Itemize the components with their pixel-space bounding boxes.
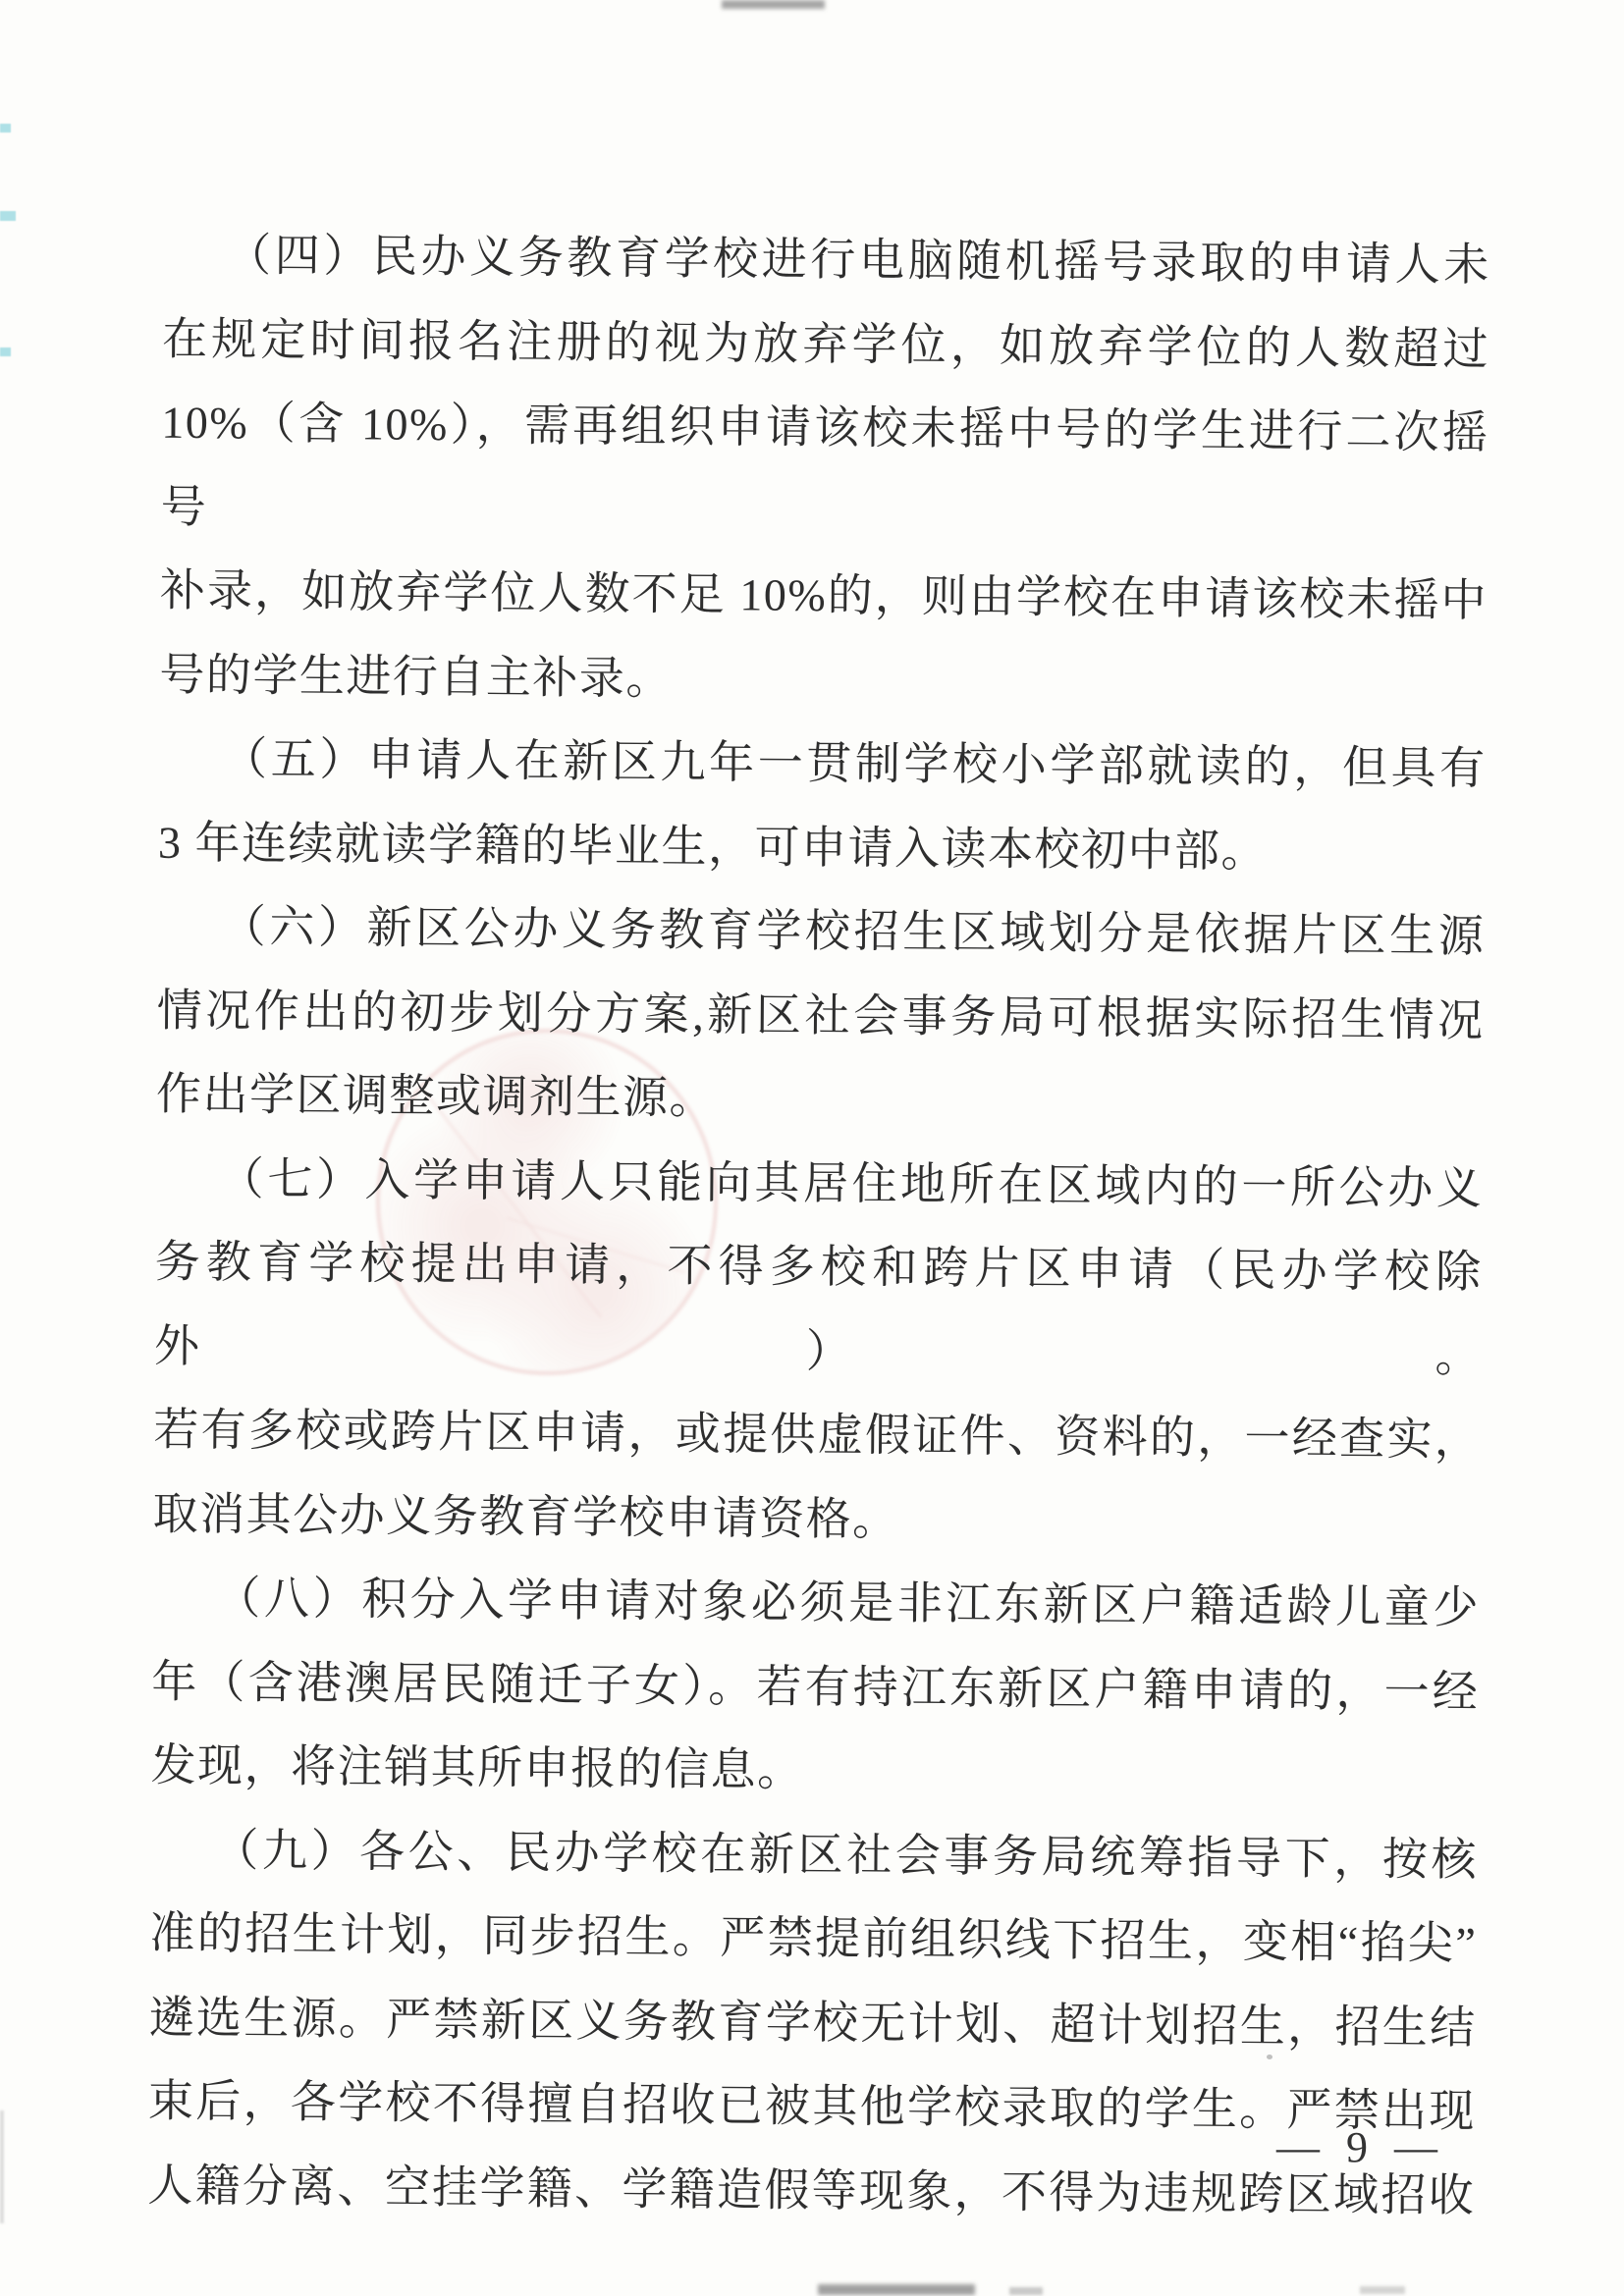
text-line: （六）新区公办义务教育学校招生区域划分是依据片区生源 xyxy=(157,884,1486,979)
scan-edge-strip xyxy=(0,2110,4,2223)
scan-smudge-bottom xyxy=(1360,2286,1405,2294)
text-line: 3 年连续就读学籍的毕业生，可申请入读本校初中部。 xyxy=(158,800,1487,894)
text-line: （四）民办义务教育学校进行电脑随机摇号录取的申请人未 xyxy=(162,213,1490,307)
text-line: 发现，将注销其所申报的信息。 xyxy=(150,1724,1479,1818)
text-line: 作出学区调整或调剂生源。 xyxy=(156,1052,1485,1147)
text-line: 号的学生进行自主补录。 xyxy=(159,632,1488,726)
text-line: 在规定时间报名注册的视为放弃学位，如放弃学位的人数超过 xyxy=(162,296,1490,391)
scan-edge-mark xyxy=(0,211,16,221)
text-line: 准的招生计划，同步招生。严禁提前组织线下招生，变相“掐尖” xyxy=(149,1892,1478,1986)
text-line: 务教育学校提出申请，不得多校和跨片区申请（民办学校除外）。 xyxy=(154,1220,1483,1399)
text-line: 补录，如放弃学位人数不足 10%的，则由学校在申请该校未摇中 xyxy=(160,549,1489,643)
scan-smudge-top xyxy=(722,0,825,9)
text-line: （九）各公、民办学校在新区社会事务局统筹指导下，按核 xyxy=(150,1807,1479,1901)
text-line: （五）申请人在新区九年一贯制学校小学部就读的，但具有 xyxy=(158,717,1487,811)
text-line: （八）积分入学申请对象必须是非江东新区户籍适龄儿童少 xyxy=(152,1556,1481,1650)
scan-smudge-bottom xyxy=(1009,2287,1043,2295)
text-line: 情况作出的初步划分方案,新区社会事务局可根据实际招生情况 xyxy=(156,968,1485,1062)
text-line: 若有多校或跨片区申请，或提供虚假证件、资料的，一经查实， xyxy=(153,1388,1482,1482)
scan-smudge-bottom xyxy=(818,2284,975,2295)
text-line: 遴选生源。严禁新区义务教育学校无计划、超计划招生，招生结 xyxy=(148,1975,1477,2069)
scan-edge-mark xyxy=(0,347,11,356)
text-line: 10%（含 10%），需再组织申请该校未摇中号的学生进行二次摇号 xyxy=(160,381,1489,560)
text-line: 取消其公办义务教育学校申请资格。 xyxy=(152,1471,1481,1566)
page-number: — 9 — xyxy=(1276,2122,1445,2172)
scan-edge-mark xyxy=(0,124,11,133)
document-body-text: （四）民办义务教育学校进行电脑随机摇号录取的申请人未在规定时间报名注册的视为放弃… xyxy=(147,213,1490,2238)
text-line: 年（含港澳居民随迁子女）。若有持江东新区户籍申请的，一经 xyxy=(151,1639,1480,1734)
text-line: （七）入学申请人只能向其居住地所在区域内的一所公办义 xyxy=(155,1136,1484,1230)
scanned-document-page: （四）民办义务教育学校进行电脑随机摇号录取的申请人未在规定时间报名注册的视为放弃… xyxy=(0,0,1624,2296)
